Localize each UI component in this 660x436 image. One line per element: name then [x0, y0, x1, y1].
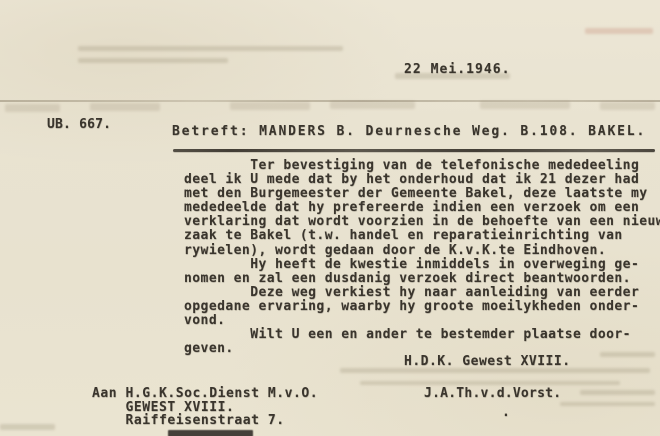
recipient-address-block: Aan H.G.K.Soc.Dienst M.v.O. GEWEST XVIII…	[92, 387, 318, 428]
scanned-letter-page: 22 Mei.1946. UB. 667. Betreft: MANDERS B…	[0, 0, 660, 436]
bleedthrough-smudge	[90, 103, 160, 111]
bleedthrough-smudge	[480, 101, 570, 109]
bleedthrough-smudge	[5, 104, 60, 112]
bleedthrough-stamp-mark	[585, 28, 653, 34]
bleedthrough-smudge	[600, 102, 655, 110]
bleedthrough-smudge	[560, 402, 655, 406]
signature-name: J.A.Th.v.d.Vorst.	[424, 387, 561, 401]
bleedthrough-smudge	[78, 46, 343, 51]
subject-line: Betreft: MANDERS B. Deurnesche Weg. B.10…	[172, 125, 646, 139]
bleedthrough-smudge	[330, 101, 415, 109]
bleedthrough-smudge	[78, 58, 228, 63]
letter-body: Ter bevestiging van de telefonische mede…	[184, 159, 660, 356]
faint-horizontal-rule	[0, 100, 660, 102]
letter-date: 22 Mei.1946.	[404, 63, 511, 77]
overstruck-word	[168, 430, 253, 436]
bleedthrough-smudge	[360, 381, 620, 385]
bleedthrough-smudge	[230, 102, 310, 110]
signature-dot: .	[502, 406, 510, 420]
closing-line: H.D.K. Gewest XVIII.	[404, 355, 571, 369]
reference-number: UB. 667.	[47, 118, 111, 132]
bleedthrough-smudge	[580, 390, 655, 395]
subject-underline	[173, 149, 655, 152]
bleedthrough-smudge	[0, 424, 55, 430]
